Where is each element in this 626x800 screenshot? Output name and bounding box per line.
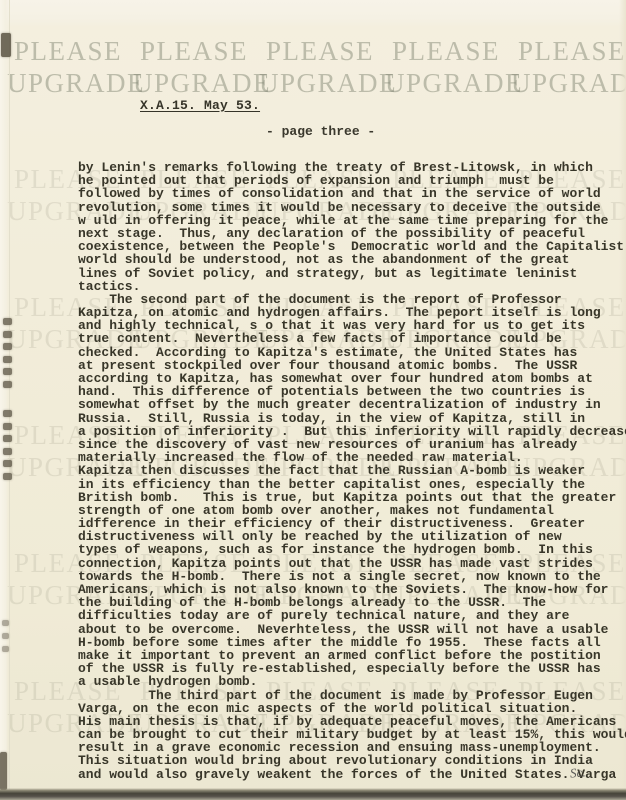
text-line: This situation would bring about revolut… <box>78 754 626 767</box>
binding-mark <box>1 33 11 57</box>
binding-mark <box>2 646 9 652</box>
watermark-text: UPGRADE <box>133 68 271 99</box>
text-line: about to be overcome. Neverhteless, the … <box>78 623 626 636</box>
text-line: types of weapons, such as for instance t… <box>78 543 626 556</box>
binding-mark <box>3 410 12 417</box>
watermark-text: UPGRADE <box>7 68 145 99</box>
text-line: Varga, on the econ mic aspects of the wo… <box>78 702 626 715</box>
watermark-text: PLEASE <box>518 36 626 67</box>
watermark-text: PLEASE <box>392 36 500 67</box>
text-line: Kapitza then discusses the fact that the… <box>78 464 626 477</box>
binding-mark <box>3 381 12 388</box>
text-line: a usable hydrogen bomb. <box>78 675 626 688</box>
binding-mark <box>2 620 9 626</box>
binding-mark <box>3 448 12 455</box>
scan-edge-bottom <box>0 788 626 800</box>
scanned-document-page: PLEASEUPGRADEPLEASEUPGRADEPLEASEUPGRADEP… <box>0 0 626 800</box>
document-reference: X.A.15. May 53. <box>140 98 260 113</box>
document-body: by Lenin's remarks following the treaty … <box>78 161 626 781</box>
watermark-text: PLEASE <box>266 36 374 67</box>
text-line: true content. Nevertheless a few facts o… <box>78 332 626 345</box>
scan-edge-top <box>0 0 626 26</box>
binding-mark <box>3 473 12 480</box>
text-line: H-bomb before some times after the middl… <box>78 636 626 649</box>
scan-edge-left <box>0 0 10 800</box>
watermark-text: UPGRADE <box>511 68 626 99</box>
binding-mark <box>3 368 12 375</box>
text-line: a position of inferiority . But this inf… <box>78 425 626 438</box>
text-line: British bomb. This is true, but Kapitza … <box>78 491 626 504</box>
text-line: revolution, some times it would be neces… <box>78 201 626 214</box>
watermark-text: UPGRADE <box>385 68 523 99</box>
binding-mark <box>3 318 12 325</box>
watermark-text: UPGRADE <box>259 68 397 99</box>
binding-mark <box>3 356 12 363</box>
text-line: difficulties today are of purely technic… <box>78 609 626 622</box>
text-line: and would also gravely weakent the force… <box>78 768 626 781</box>
page-number-label: - page three - <box>266 124 375 139</box>
text-line: tactics. <box>78 280 626 293</box>
binding-mark <box>3 331 12 338</box>
binding-mark <box>3 435 12 442</box>
text-line: The third part of the document is made b… <box>78 689 626 702</box>
text-line: connection, Kapitza points out that the … <box>78 557 626 570</box>
text-line: w uld in offering it peace, while at the… <box>78 214 626 227</box>
binding-mark <box>0 752 7 790</box>
text-line: followed by times of consolidation and t… <box>78 187 626 200</box>
binding-mark <box>2 633 9 639</box>
text-line: checked. According to Kapitza's estimate… <box>78 346 626 359</box>
binding-mark <box>3 460 12 467</box>
watermark-text: PLEASE <box>140 36 248 67</box>
handwritten-margin-note: Sc. <box>569 764 586 781</box>
watermark-text: PLEASE <box>14 36 122 67</box>
text-line: Russia. Still, Russia is today, in the v… <box>78 412 626 425</box>
text-line: world should be understood, not as the a… <box>78 253 626 266</box>
binding-mark <box>3 343 12 350</box>
binding-mark <box>3 423 12 430</box>
text-line: somewhat offset by the much greater dece… <box>78 398 626 411</box>
text-line: lines of Soviet policy, and strategy, bu… <box>78 267 626 280</box>
text-line: in its efficiency than the better capita… <box>78 478 626 491</box>
